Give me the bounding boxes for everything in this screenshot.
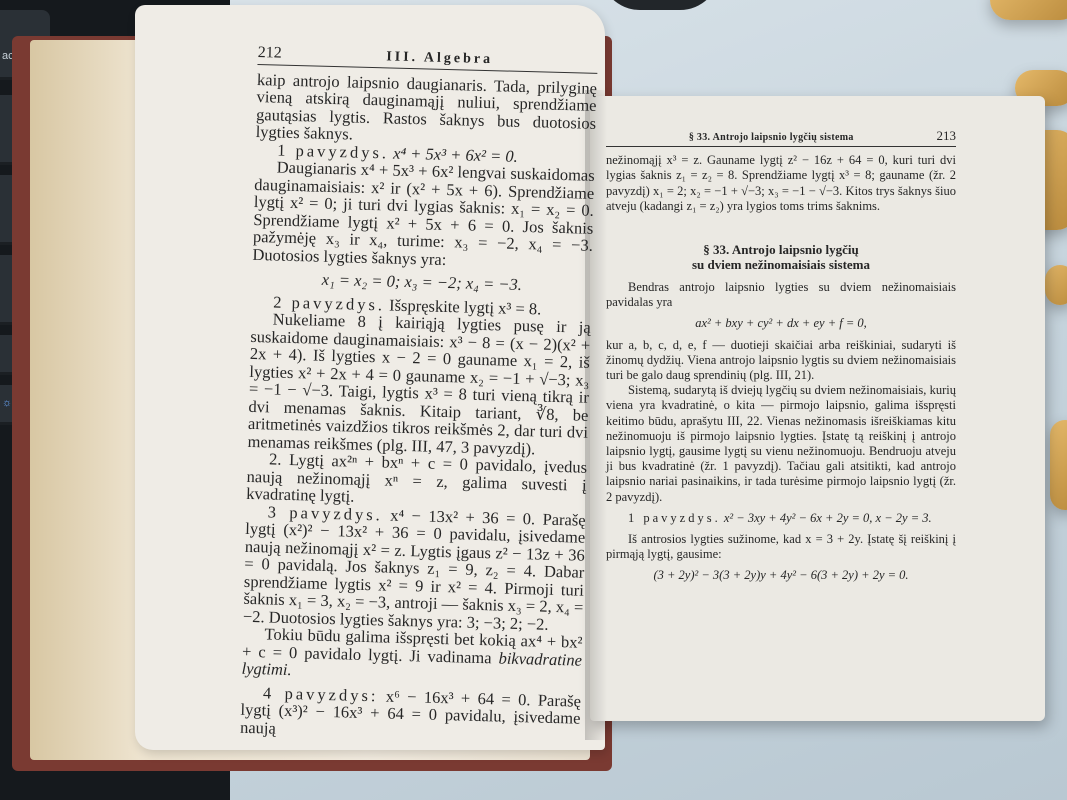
paragraph: nežinomąjį x³ = z. Gauname lygtį z² − 16… — [606, 153, 956, 214]
brightness-icon: ☼ — [2, 397, 12, 409]
running-head: III. Algebra — [386, 48, 493, 68]
equation: x² − 3xy + 4y² − 6x + 2y = 0, x − 2y = 3… — [724, 511, 932, 525]
section-title-line: § 33. Antrojo laipsnio lygčių — [606, 242, 956, 257]
equation: (3 + 2y)² − 3(3 + 2y)y + 4y² − 6(3 + 2y)… — [606, 568, 956, 583]
section-title-line: su dviem nežinomaisiais sistema — [606, 257, 956, 272]
paragraph: Daugianaris x⁴ + 5x³ + 6x² lengvai suska… — [252, 158, 595, 272]
paragraph: kaip antrojo laipsnio daugianaris. Tada,… — [255, 70, 597, 149]
right-running-header: § 33. Antrojo laipsnio lygčių sistema 21… — [606, 128, 956, 147]
equation: x₁ = x₂ = 0; x₃ = −2; x₄ = −3. — [252, 269, 592, 295]
paragraph: Sistemą, sudarytą iš dviejų lygčių su dv… — [606, 383, 956, 505]
example-label: 1 pavyzdys. — [628, 511, 721, 525]
paragraph: Nukeliame 8 į kairiąją lygties pusę ir j… — [247, 310, 591, 459]
running-head: § 33. Antrojo laipsnio lygčių sistema — [689, 130, 854, 145]
page-number: 213 — [936, 128, 956, 143]
paragraph: x⁴ − 13x² + 36 = 0. Parašę lygtį (x²)² −… — [243, 505, 586, 633]
page-number: 212 — [258, 44, 282, 62]
ornament — [1050, 420, 1067, 510]
ornament — [990, 0, 1067, 20]
ornament — [1045, 265, 1067, 305]
paragraph: kur a, b, c, d, e, f — duotieji skaičiai… — [606, 338, 956, 384]
paragraph: Iš antrosios lygties sužinome, kad x = 3… — [606, 532, 956, 562]
left-page-text: 212 III. Algebra kaip antrojo laipsnio d… — [240, 44, 598, 745]
paragraph: Bendras antrojo laipsnio lygties su dvie… — [606, 280, 956, 310]
right-page-text: § 33. Antrojo laipsnio lygčių sistema 21… — [606, 128, 956, 590]
section-title: § 33. Antrojo laipsnio lygčių su dviem n… — [606, 242, 956, 272]
equation: ax² + bxy + cy² + dx + ey + f = 0, — [606, 316, 956, 331]
